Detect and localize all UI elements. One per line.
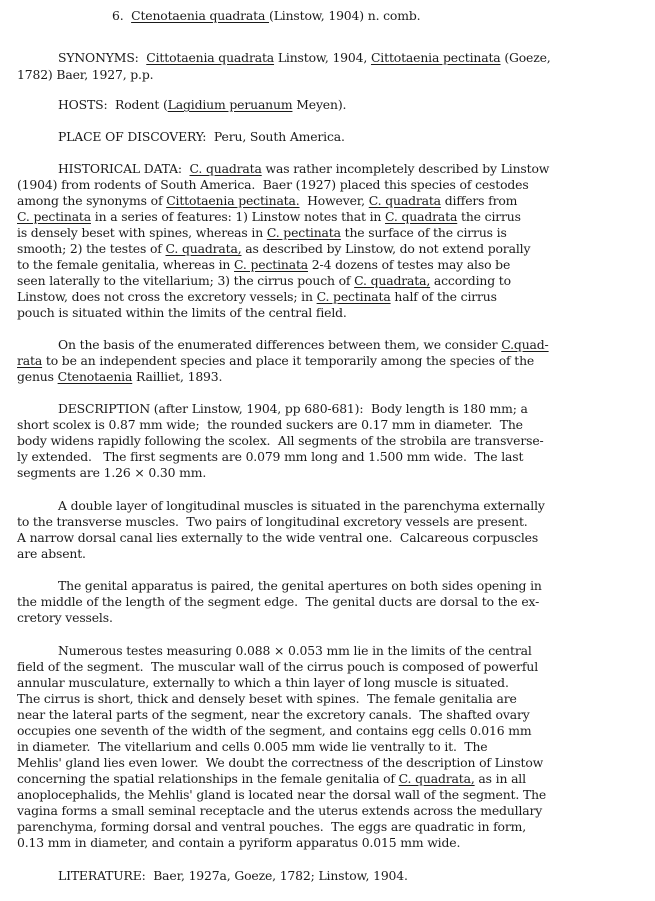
text-run: the middle of the length of the segment … [17,594,539,609]
text-run: near the lateral parts of the segment, n… [17,707,530,722]
text-line: field of the segment. The muscular wall … [17,659,538,675]
text-line: body widens rapidly following the scolex… [17,433,544,449]
taxon-name: C.quad- [501,337,548,352]
text-run: (Goeze, [501,50,551,65]
text-line: genus Ctenotaenia Railliet, 1893. [17,369,222,385]
text-run: Linstow, 1904, [274,50,371,65]
text-run: (1904) from rodents of South America. Ba… [17,177,529,192]
text-run: seen laterally to the vitellarium; 3) th… [17,273,354,288]
text-run: half of the cirrus [391,289,497,304]
text-run: parenchyma, forming dorsal and ventral p… [17,819,526,834]
taxon-name: rata [17,353,42,368]
text-run: ly extended. The first segments are 0.07… [17,449,523,464]
text-run: field of the segment. The muscular wall … [17,659,538,674]
text-line: occupies one seventh of the width of the… [17,723,531,739]
text-line: A double layer of longitudinal muscles i… [58,498,545,514]
text-line: parenchyma, forming dorsal and ventral p… [17,819,526,835]
taxon-name: Cittotaenia pectinata. [166,193,299,208]
text-run: A double layer of longitudinal muscles i… [58,498,545,513]
text-run: Railliet, 1893. [132,369,222,384]
text-run: Meyen). [292,97,346,112]
taxon-name: C. quadrata, [399,771,475,786]
text-line: are absent. [17,546,86,562]
text-run: A narrow dorsal canal lies externally to… [17,530,538,545]
text-line: near the lateral parts of the segment, n… [17,707,530,723]
text-run: pouch is situated within the limits of t… [17,305,347,320]
text-run: as in all [475,771,526,786]
text-run: SYNONYMS: [58,50,146,65]
text-line: is densely beset with spines, whereas in… [17,225,507,241]
text-run: to the female genitalia, whereas in [17,257,234,272]
text-line: ly extended. The first segments are 0.07… [17,449,523,465]
text-line: concerning the spatial relationships in … [17,771,526,787]
text-line: HOSTS: Rodent (Lagidium peruanum Meyen). [58,97,346,113]
text-run: Linstow, does not cross the excretory ve… [17,289,317,304]
text-run: according to [430,273,511,288]
text-line: 1782) Baer, 1927, p.p. [17,67,153,83]
text-line: SYNONYMS: Cittotaenia quadrata Linstow, … [58,50,551,66]
text-run: to the transverse muscles. Two pairs of … [17,514,528,529]
text-line: Linstow, does not cross the excretory ve… [17,289,497,305]
section-heading: 6. Ctenotaenia quadrata (Linstow, 1904) … [112,8,420,24]
taxon-name: C. quadrata [385,209,457,224]
text-run: is densely beset with spines, whereas in [17,225,267,240]
taxon-name: Lagidium peruanum [168,97,293,112]
text-line: anoplocephalids, the Mehlis' gland is lo… [17,787,546,803]
text-line: to the female genitalia, whereas in C. p… [17,257,510,273]
taxon-name: C. pectinata [234,257,308,272]
document-page: 6. Ctenotaenia quadrata (Linstow, 1904) … [0,0,655,901]
text-run: body widens rapidly following the scolex… [17,433,544,448]
text-run: the surface of the cirrus is [341,225,507,240]
text-line: C. pectinata in a series of features: 1)… [17,209,521,225]
text-line: to the transverse muscles. Two pairs of … [17,514,528,530]
text-line: annular musculature, externally to which… [17,675,509,691]
text-line: On the basis of the enumerated differenc… [58,337,549,353]
taxon-name: Ctenotaenia [58,369,133,384]
text-line: Mehlis' gland lies even lower. We doubt … [17,755,543,771]
text-run: annular musculature, externally to which… [17,675,509,690]
text-line: in diameter. The vitellarium and cells 0… [17,739,487,755]
taxon-name: C. pectinata [267,225,341,240]
text-run: However, [300,193,369,208]
text-run: On the basis of the enumerated differenc… [58,337,501,352]
taxon-name: C. quadrata [190,161,262,176]
taxon-name: C. quadrata, [166,241,242,256]
taxon-name: C. quadrata, [354,273,430,288]
text-run: The cirrus is short, thick and densely b… [17,691,517,706]
text-run: among the synonyms of [17,193,166,208]
text-run: cretory vessels. [17,610,113,625]
text-run: HISTORICAL DATA: [58,161,190,176]
text-line: rata to be an independent species and pl… [17,353,534,369]
text-run: occupies one seventh of the width of the… [17,723,531,738]
taxon-name: C. pectinata [317,289,391,304]
text-line: the middle of the length of the segment … [17,594,539,610]
text-run: 2-4 dozens of testes may also be [308,257,510,272]
text-run: in a series of features: 1) Linstow note… [91,209,385,224]
text-run: to be an independent species and place i… [42,353,534,368]
text-run: HOSTS: Rodent ( [58,97,168,112]
text-run: The genital apparatus is paired, the gen… [58,578,542,593]
text-run: as described by Linstow, do not extend p… [241,241,530,256]
text-run: Numerous testes measuring 0.088 × 0.053 … [58,643,532,658]
text-run: the cirrus [457,209,521,224]
text-run: are absent. [17,546,86,561]
taxon-name: C. quadrata [369,193,441,208]
text-run: 1782) Baer, 1927, p.p. [17,67,153,82]
text-run: Mehlis' gland lies even lower. We doubt … [17,755,543,770]
text-line: A narrow dorsal canal lies externally to… [17,530,538,546]
text-line: cretory vessels. [17,610,113,626]
taxon-name: C. pectinata [17,209,91,224]
text-run: 0.13 mm in diameter, and contain a pyrif… [17,835,460,850]
text-line: Numerous testes measuring 0.088 × 0.053 … [58,643,532,659]
text-line: DESCRIPTION (after Linstow, 1904, pp 680… [58,401,528,417]
text-run: 6. [112,8,131,23]
text-run: anoplocephalids, the Mehlis' gland is lo… [17,787,546,802]
text-line: The genital apparatus is paired, the gen… [58,578,542,594]
text-line: LITERATURE: Baer, 1927a, Goeze, 1782; Li… [58,868,408,884]
text-run: PLACE OF DISCOVERY: Peru, South America. [58,129,345,144]
text-line: vagina forms a small seminal receptacle … [17,803,542,819]
text-line: short scolex is 0.87 mm wide; the rounde… [17,417,523,433]
text-line: (1904) from rodents of South America. Ba… [17,177,529,193]
text-line: pouch is situated within the limits of t… [17,305,347,321]
text-run: genus [17,369,58,384]
text-line: 0.13 mm in diameter, and contain a pyrif… [17,835,460,851]
text-run: in diameter. The vitellarium and cells 0… [17,739,487,754]
text-line: smooth; 2) the testes of C. quadrata, as… [17,241,530,257]
taxon-name: Cittotaenia pectinata [371,50,501,65]
text-run: concerning the spatial relationships in … [17,771,399,786]
text-line: among the synonyms of Cittotaenia pectin… [17,193,517,209]
text-run: DESCRIPTION (after Linstow, 1904, pp 680… [58,401,528,416]
taxon-name: Ctenotaenia quadrata [131,8,269,23]
text-line: segments are 1.26 × 0.30 mm. [17,465,206,481]
taxon-name: Cittotaenia quadrata [146,50,274,65]
text-run: smooth; 2) the testes of [17,241,166,256]
text-run: was rather incompletely described by Lin… [262,161,550,176]
text-line: PLACE OF DISCOVERY: Peru, South America. [58,129,345,145]
text-line: The cirrus is short, thick and densely b… [17,691,517,707]
text-line: seen laterally to the vitellarium; 3) th… [17,273,511,289]
text-run: vagina forms a small seminal receptacle … [17,803,542,818]
text-run: segments are 1.26 × 0.30 mm. [17,465,206,480]
text-line: HISTORICAL DATA: C. quadrata was rather … [58,161,549,177]
text-run: short scolex is 0.87 mm wide; the rounde… [17,417,523,432]
text-run: LITERATURE: Baer, 1927a, Goeze, 1782; Li… [58,868,408,883]
text-run: differs from [441,193,517,208]
text-run: (Linstow, 1904) n. comb. [269,8,420,23]
